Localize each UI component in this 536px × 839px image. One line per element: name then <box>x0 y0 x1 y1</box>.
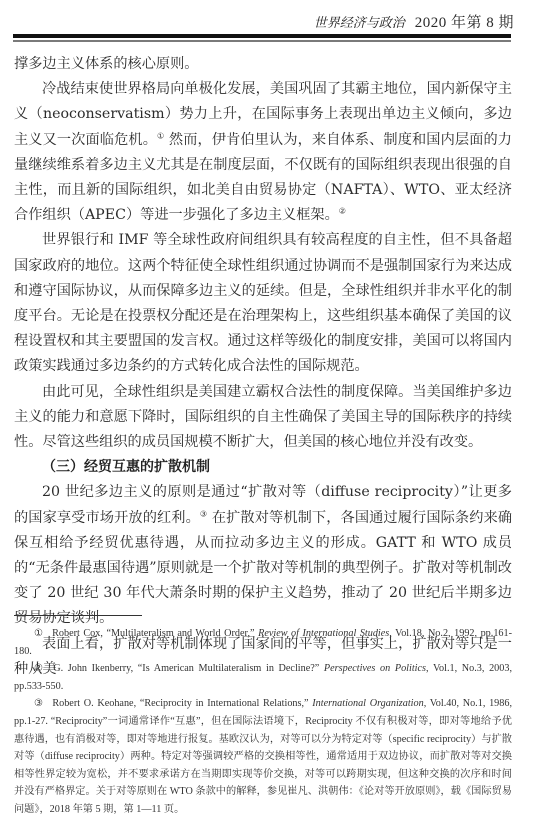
paragraph-continued: 撑多边主义体系的核心原则。 <box>14 52 512 77</box>
paragraph: 由此可见，全球性组织是美国建立霸权合法性的制度保障。当美国维护多边主义的能力和意… <box>14 380 512 456</box>
footnote-number: ③ <box>34 698 44 709</box>
paragraph: 冷战结束使世界格局向单极化发展，美国巩固了其霸主地位，国内新保守主义（neoco… <box>14 77 512 228</box>
footnotes: ①Robert Cox, “Multilateralism and World … <box>14 625 512 819</box>
footnote-journal: Review of International Studies <box>258 628 389 639</box>
paragraph-text: 在扩散对等机制下，各国通过履行国际条约来确保互相给予经贸优惠待遇，从而拉动多边主… <box>14 510 512 627</box>
footnote-3: ③Robert O. Keohane, “Reciprocity in Inte… <box>14 695 512 818</box>
journal-title: 世界经济与政治 <box>314 12 405 31</box>
footnote-number: ② <box>34 663 45 674</box>
footnote-text: G. John Ikenberry, “Is American Multilat… <box>53 663 324 674</box>
footnote-text: , Vol.40, No.1, 1986, pp.1-27. “Reciproc… <box>14 698 512 815</box>
header-rule-thick <box>13 34 511 38</box>
footnote-journal: Perspectives on Politics <box>324 663 426 674</box>
footnote-journal: International Organization <box>312 698 423 709</box>
footnote-ref-2[interactable]: ② <box>339 206 346 215</box>
running-header: 世界经济与政治 2020 年第 8 期 <box>0 0 536 56</box>
header-rule-thin <box>13 40 511 42</box>
footnote-text: Robert O. Keohane, “Reciprocity in Inter… <box>52 698 312 709</box>
footnote-text: Robert Cox, “Multilateralism and World O… <box>52 628 258 639</box>
footnote-2: ②G. John Ikenberry, “Is American Multila… <box>14 660 512 695</box>
issue-number: 2020 年第 8 期 <box>415 11 514 32</box>
journal-info: 世界经济与政治 2020 年第 8 期 <box>314 11 514 32</box>
footnote-separator <box>14 615 142 616</box>
paragraph: 世界银行和 IMF 等全球性政府间组织具有较高程度的自主性，但不具备超国家政府的… <box>14 228 512 379</box>
footnote-1: ①Robert Cox, “Multilateralism and World … <box>14 625 512 660</box>
section-heading: （三）经贸互惠的扩散机制 <box>14 455 512 480</box>
footnote-number: ① <box>34 628 44 639</box>
paragraph: 20 世纪多边主义的原则是通过“扩散对等（diffuse reciprocity… <box>14 480 512 631</box>
article-body: 撑多边主义体系的核心原则。 冷战结束使世界格局向单极化发展，美国巩固了其霸主地位… <box>14 52 512 682</box>
